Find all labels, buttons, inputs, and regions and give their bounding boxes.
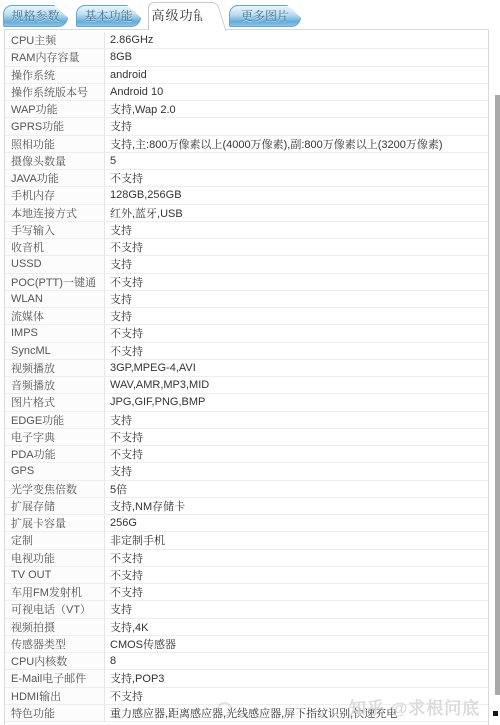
spec-label: CPU内核数 xyxy=(5,653,105,669)
table-row: E-Mail电子邮件支持,POP3 xyxy=(5,670,488,687)
spec-label: 电子字典 xyxy=(5,429,105,445)
tab-spec-params[interactable]: 规格参数 xyxy=(3,5,68,27)
spec-label: TV OUT xyxy=(5,567,105,583)
spec-value: 128GB,256GB xyxy=(105,187,488,203)
spec-value: 不支持 xyxy=(105,239,488,255)
spec-value: android xyxy=(105,67,488,83)
spec-label: USSD xyxy=(5,256,105,272)
spec-label: 传感器类型 xyxy=(5,636,105,652)
spec-label: IMPS xyxy=(5,325,105,341)
spec-label: 扩展存储 xyxy=(5,498,105,514)
table-row: 操作系统android xyxy=(5,67,488,84)
spec-label: 视频拍摄 xyxy=(5,619,105,635)
table-row: 扩展存储支持,NM存储卡 xyxy=(5,498,488,515)
table-row: 扩展卡容量256G xyxy=(5,515,488,532)
table-row: 视频播放3GP,MPEG-4,AVI xyxy=(5,360,488,377)
spec-value: 不支持 xyxy=(105,274,488,290)
table-row: USSD支持 xyxy=(5,256,488,273)
spec-value: 256G xyxy=(105,515,488,531)
spec-value: 支持 xyxy=(105,291,488,307)
spec-value: CMOS传感器 xyxy=(105,636,488,652)
vertical-scrollbar-thumb[interactable] xyxy=(495,95,500,695)
table-row: 收音机不支持 xyxy=(5,239,488,256)
tab-bar: 规格参数基本功能高级功能更多图片 xyxy=(0,0,500,29)
spec-value: 不支持 xyxy=(105,325,488,341)
table-row: 光学变焦倍数5倍 xyxy=(5,481,488,498)
table-row: JAVA功能不支持 xyxy=(5,170,488,187)
table-row: RAM内存容量8GB xyxy=(5,49,488,66)
table-row: PDA功能不支持 xyxy=(5,446,488,463)
spec-value: 不支持 xyxy=(105,567,488,583)
tab-fold-corner-icon xyxy=(127,5,141,18)
table-row: 操作系统版本号Android 10 xyxy=(5,84,488,101)
table-row: 手机内存128GB,256GB xyxy=(5,187,488,204)
spec-value: 2.86GHz xyxy=(105,32,488,48)
spec-value: 5 xyxy=(105,153,488,169)
table-row: SyncML不支持 xyxy=(5,343,488,360)
spec-value: 支持,NM存储卡 xyxy=(105,498,488,514)
table-row: 本地连接方式红外,蓝牙,USB xyxy=(5,205,488,222)
spec-value: 支持,POP3 xyxy=(105,670,488,686)
spec-table: CPU主频2.86GHzRAM内存容量8GB操作系统android操作系统版本号… xyxy=(4,29,489,725)
spec-value: 不支持 xyxy=(105,343,488,359)
spec-value: 支持 xyxy=(105,412,488,428)
spec-label: WLAN xyxy=(5,291,105,307)
spec-value: WAV,AMR,MP3,MID xyxy=(105,377,488,393)
spec-label: 视频播放 xyxy=(5,360,105,376)
table-row: 照相功能支持,主:800万像素以上(4000万像素),副:800万像素以上(32… xyxy=(5,136,488,153)
table-row: CPU主频2.86GHz xyxy=(5,32,488,49)
spec-label: 定制 xyxy=(5,532,105,548)
spec-label: 扩展卡容量 xyxy=(5,515,105,531)
table-row: WLAN支持 xyxy=(5,291,488,308)
spec-value: 不支持 xyxy=(105,584,488,600)
spec-value: 支持,4K xyxy=(105,619,488,635)
spec-label: EDGE功能 xyxy=(5,412,105,428)
spec-label: GPRS功能 xyxy=(5,118,105,134)
zhihu-watermark: 知乎 @求根问底 xyxy=(349,694,495,719)
tab-more-images[interactable]: 更多图片 xyxy=(229,5,301,27)
spec-label: 本地连接方式 xyxy=(5,205,105,221)
spec-value: 非定制手机 xyxy=(105,532,488,548)
table-row: 电视功能不支持 xyxy=(5,550,488,567)
table-row: GPRS功能支持 xyxy=(5,118,488,135)
tab-fold-corner-icon xyxy=(287,5,301,18)
spec-value: 3GP,MPEG-4,AVI xyxy=(105,360,488,376)
spec-label: 光学变焦倍数 xyxy=(5,481,105,497)
table-row: 可视电话（VT）支持 xyxy=(5,601,488,618)
spec-label: CPU主频 xyxy=(5,32,105,48)
table-row: 车用FM发射机不支持 xyxy=(5,584,488,601)
spec-value: 支持,主:800万像素以上(4000万像素),副:800万像素以上(3200万像… xyxy=(105,136,488,152)
spec-value: 8GB xyxy=(105,49,488,65)
spec-label: 图片格式 xyxy=(5,394,105,410)
tenaa-advanced-functions-page: 规格参数基本功能高级功能更多图片 CPU主频2.86GHzRAM内存容量8GB操… xyxy=(0,0,500,725)
spec-value: 支持 xyxy=(105,308,488,324)
table-row: WAP功能支持,Wap 2.0 xyxy=(5,101,488,118)
spec-value: 5倍 xyxy=(105,481,488,497)
table-row: 定制非定制手机 xyxy=(5,532,488,549)
spec-label: PDA功能 xyxy=(5,446,105,462)
spec-label: 操作系统 xyxy=(5,67,105,83)
spec-value: 不支持 xyxy=(105,446,488,462)
spec-label: 操作系统版本号 xyxy=(5,84,105,100)
spec-label: 照相功能 xyxy=(5,136,105,152)
table-row: CPU内核数8 xyxy=(5,653,488,670)
spec-value: 支持 xyxy=(105,601,488,617)
tab-basic-functions[interactable]: 基本功能 xyxy=(76,5,141,27)
table-row: TV OUT不支持 xyxy=(5,567,488,584)
spec-value: 支持,Wap 2.0 xyxy=(105,101,488,117)
spec-value: 红外,蓝牙,USB xyxy=(105,205,488,221)
table-row: 传感器类型CMOS传感器 xyxy=(5,636,488,653)
table-row: POC(PTT)一键通不支持 xyxy=(5,274,488,291)
spec-label: 可视电话（VT） xyxy=(5,601,105,617)
spec-label: E-Mail电子邮件 xyxy=(5,670,105,686)
spec-label: WAP功能 xyxy=(5,101,105,117)
spec-table-body: CPU主频2.86GHzRAM内存容量8GB操作系统android操作系统版本号… xyxy=(5,32,488,722)
spec-label: RAM内存容量 xyxy=(5,49,105,65)
spec-label: 流媒体 xyxy=(5,308,105,324)
spec-label: 音频播放 xyxy=(5,377,105,393)
tab-fold-corner-icon xyxy=(54,5,68,18)
corner-dot xyxy=(493,711,498,716)
spec-value: JPG,GIF,PNG,BMP xyxy=(105,394,488,410)
spec-label: JAVA功能 xyxy=(5,170,105,186)
tab-advanced-functions[interactable]: 高级功能 xyxy=(148,2,210,30)
table-row: GPS支持 xyxy=(5,463,488,480)
spec-label: SyncML xyxy=(5,343,105,359)
table-row: EDGE功能支持 xyxy=(5,412,488,429)
table-row: IMPS不支持 xyxy=(5,325,488,342)
table-row: 视频拍摄支持,4K xyxy=(5,619,488,636)
spec-value: 支持 xyxy=(105,118,488,134)
spec-value: 支持 xyxy=(105,463,488,479)
spec-value: 不支持 xyxy=(105,170,488,186)
table-row: 手写输入支持 xyxy=(5,222,488,239)
table-row: 图片格式JPG,GIF,PNG,BMP xyxy=(5,394,488,411)
table-row: 流媒体支持 xyxy=(5,308,488,325)
spec-label: 摄像头数量 xyxy=(5,153,105,169)
table-row: 摄像头数量5 xyxy=(5,153,488,170)
spec-value: 8 xyxy=(105,653,488,669)
photo-watermark-circle-icon xyxy=(217,702,232,717)
spec-label: 电视功能 xyxy=(5,550,105,566)
spec-value: 支持 xyxy=(105,222,488,238)
spec-label: POC(PTT)一键通 xyxy=(5,274,105,290)
spec-label: 收音机 xyxy=(5,239,105,255)
spec-label: HDMI输出 xyxy=(5,688,105,704)
spec-label: 特色功能 xyxy=(5,705,105,721)
spec-value: 支持 xyxy=(105,256,488,272)
table-row: 电子字典不支持 xyxy=(5,429,488,446)
spec-label: GPS xyxy=(5,463,105,479)
table-row: 音频播放WAV,AMR,MP3,MID xyxy=(5,377,488,394)
spec-value: 不支持 xyxy=(105,429,488,445)
spec-label: 手写输入 xyxy=(5,222,105,238)
spec-value: Android 10 xyxy=(105,84,488,100)
spec-value: 不支持 xyxy=(105,550,488,566)
spec-label: 手机内存 xyxy=(5,187,105,203)
spec-label: 车用FM发射机 xyxy=(5,584,105,600)
